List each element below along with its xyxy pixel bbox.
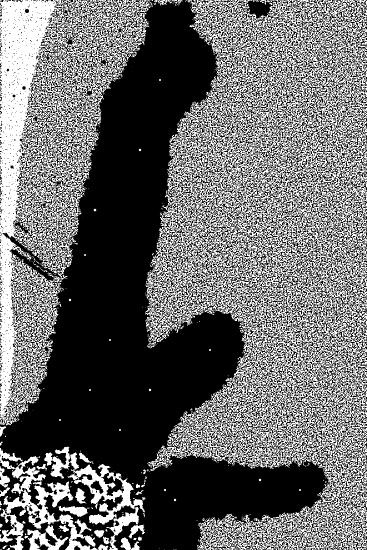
pinhole-dot <box>119 429 121 431</box>
speck-dot <box>91 150 95 154</box>
speck-dot <box>22 86 25 89</box>
shadow-photograph <box>0 0 367 550</box>
pinhole-dot <box>94 209 97 212</box>
pinhole-dot <box>139 149 141 151</box>
pinhole-dot <box>159 79 161 81</box>
pinhole-dot <box>164 489 166 491</box>
speck-dot <box>13 95 16 98</box>
speck-dot <box>20 139 23 142</box>
speck-dot <box>118 28 121 31</box>
speck-dot <box>25 9 29 13</box>
speck-dot <box>42 203 45 206</box>
speck-dot <box>34 116 37 119</box>
speck-dot <box>87 91 91 95</box>
speck-dot <box>7 69 9 71</box>
pinhole-dot <box>84 254 86 256</box>
pinhole-dot <box>149 389 151 391</box>
pinhole-dot <box>299 489 301 491</box>
pinhole-dot <box>69 299 71 301</box>
speck-dot <box>65 11 68 14</box>
speck-dot <box>56 181 59 184</box>
pinhole-dot <box>174 499 176 501</box>
pinhole-dot <box>109 339 111 341</box>
speck-dot <box>11 166 14 169</box>
speck-dot <box>68 40 73 45</box>
pinhole-dot <box>209 349 211 351</box>
pinhole-dot <box>59 419 61 421</box>
pinhole-dot <box>174 249 176 251</box>
pinhole-dot <box>259 479 261 481</box>
speck-dot <box>46 56 49 59</box>
speck-dot <box>102 60 106 64</box>
pinhole-dot <box>89 389 91 391</box>
photo-canvas <box>0 0 367 550</box>
